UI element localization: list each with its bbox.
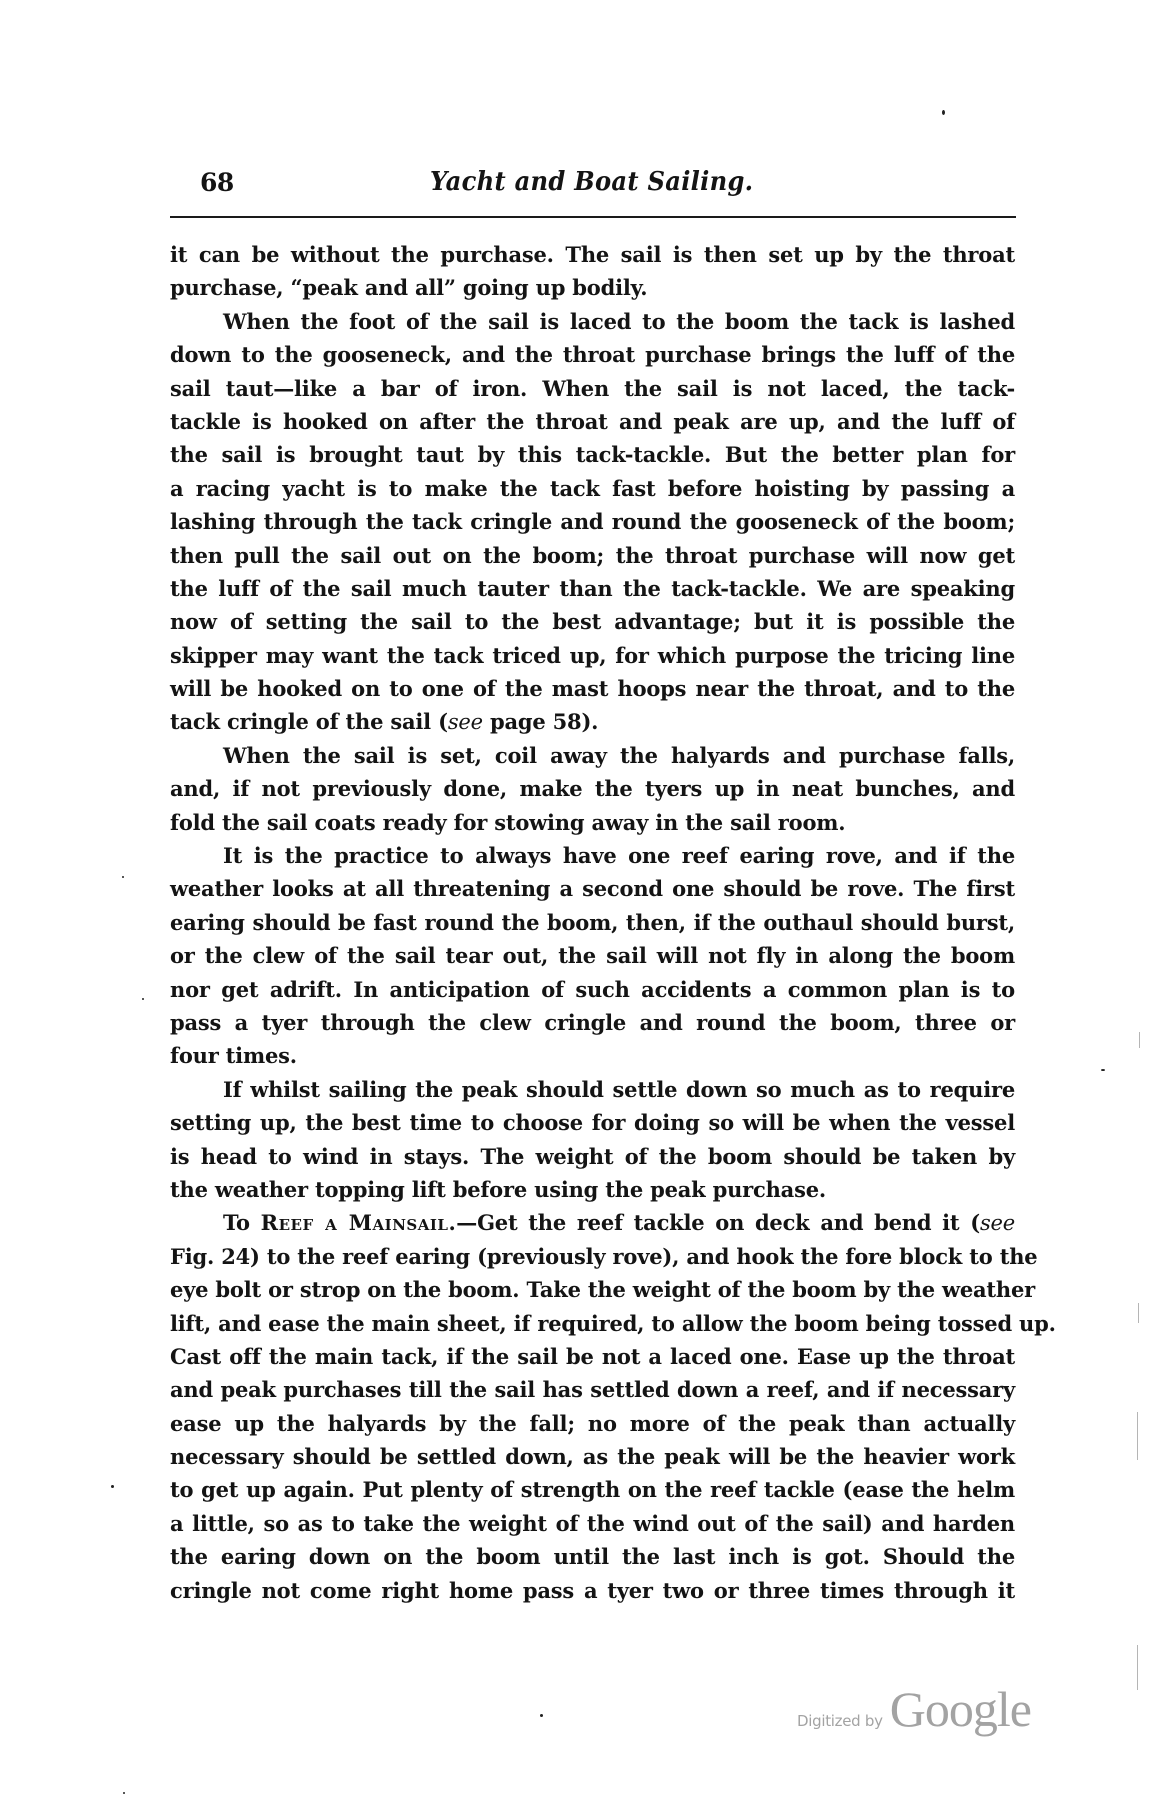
text-line: down to the gooseneck, and the throat pu… [170,338,1015,371]
text-line: and peak purchases till the sail has set… [170,1373,1015,1406]
text-line: ease up the halyards by the fall; no mor… [170,1407,1015,1440]
scan-speck [1101,1069,1105,1071]
text-line: will be hooked on to one of the mast hoo… [170,672,1015,705]
text-run: page 58). [483,709,598,734]
text-line: When the sail is set, coil away the haly… [170,739,1015,772]
header-rule [170,216,1016,218]
text-line: fold the sail coats ready for stowing aw… [170,806,1015,839]
scan-edge-line [1137,1412,1138,1460]
text-line: a racing yacht is to make the tack fast … [170,472,1015,505]
text-line: eye bolt or strop on the boom. Take the … [170,1273,1015,1306]
text-italic: see [980,1211,1015,1235]
scan-edge-line [1139,1032,1140,1048]
text-line: then pull the sail out on the boom; the … [170,539,1015,572]
text-line: setting up, the best time to choose for … [170,1106,1015,1139]
text-line: or the clew of the sail tear out, the sa… [170,939,1015,972]
text-line: the sail is brought taut by this tack-ta… [170,438,1015,471]
text-line: nor get adrift. In anticipation of such … [170,973,1015,1006]
text-line: lift, and ease the main sheet, if requir… [170,1307,1015,1340]
watermark-prefix: Digitized by [797,1712,883,1730]
text-line: skipper may want the tack triced up, for… [170,639,1015,672]
text-line: It is the practice to always have one re… [170,839,1015,872]
text-line: purchase, “peak and all” going up bodily… [170,271,1015,304]
google-logo: Google [890,1681,1031,1737]
text-line: and, if not previously done, make the ty… [170,772,1015,805]
text-italic: see [448,710,483,734]
scan-speck [111,1485,114,1488]
scan-speck [123,1792,125,1794]
body-text: it can be without the purchase. The sail… [170,238,1015,1607]
text-line: it can be without the purchase. The sail… [170,238,1015,271]
text-run: —Get the reef tackle on deck and bend it… [456,1210,980,1235]
scan-speck [540,1714,543,1717]
text-line: If whilst sailing the peak should settle… [170,1073,1015,1106]
scan-edge-line [1138,1303,1139,1323]
text-line: lashing through the tack cringle and rou… [170,505,1015,538]
digitized-by-google-watermark: Digitized by Google [797,1680,1031,1738]
text-run: tack cringle of the sail ( [170,709,448,734]
text-line: sail taut—like a bar of iron. When the s… [170,372,1015,405]
text-line: Fig. 24) to the reef earing (previously … [170,1240,1015,1273]
page-number: 68 [200,168,234,198]
text-line: the earing down on the boom until the la… [170,1540,1015,1573]
text-line: is head to wind in stays. The weight of … [170,1140,1015,1173]
text-line: to get up again. Put plenty of strength … [170,1473,1015,1506]
scan-speck [122,876,124,878]
text-run: To [223,1210,261,1235]
text-line: four times. [170,1039,1015,1072]
text-line: To Reef a Mainsail.—Get the reef tackle … [170,1206,1015,1239]
scan-speck [942,110,945,115]
text-line: necessary should be settled down, as the… [170,1440,1015,1473]
text-line: tack cringle of the sail (see page 58). [170,705,1015,738]
text-line: When the foot of the sail is laced to th… [170,305,1015,338]
text-line: weather looks at all threatening a secon… [170,872,1015,905]
text-line: now of setting the sail to the best adva… [170,605,1015,638]
running-title: Yacht and Boat Sailing. [430,166,737,198]
scan-edge-line [1137,1645,1138,1690]
text-line: tackle is hooked on after the throat and… [170,405,1015,438]
text-line: the luff of the sail much tauter than th… [170,572,1015,605]
text-line: earing should be fast round the boom, th… [170,906,1015,939]
text-line: pass a tyer through the clew cringle and… [170,1006,1015,1039]
text-line: the weather topping lift before using th… [170,1173,1015,1206]
text-line: Cast off the main tack, if the sail be n… [170,1340,1015,1373]
text-smallcaps: Reef a Mainsail. [261,1210,457,1235]
text-line: a little, so as to take the weight of th… [170,1507,1015,1540]
scan-speck [142,998,144,1000]
text-line: cringle not come right home pass a tyer … [170,1574,1015,1607]
